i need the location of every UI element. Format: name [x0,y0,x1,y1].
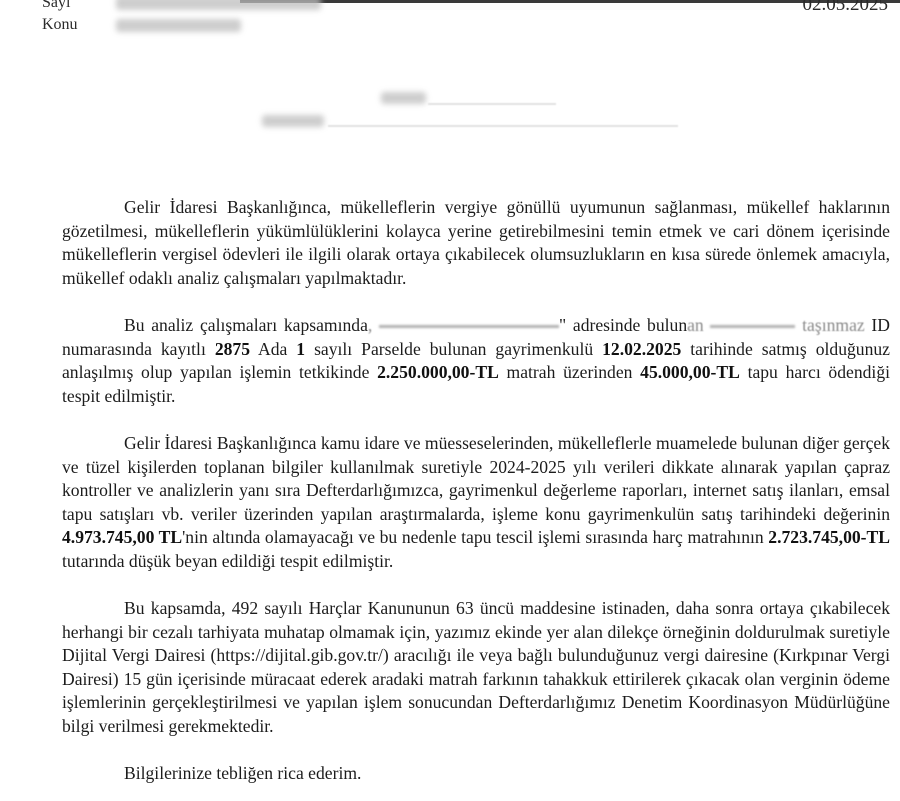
konu-row: Konu [42,16,241,34]
letter-body: Gelir İdaresi Başkanlığınca, mükellefler… [62,196,890,786]
redacted-recipient-address-line [262,115,324,127]
sayi-row: Sayı [42,0,321,12]
ada-number: 2875 [215,339,250,359]
paragraph-intro: Gelir İdaresi Başkanlığınca, mükellefler… [62,196,890,290]
address-underline [428,103,556,105]
redacted-address [379,325,559,328]
closing-line: Bilgilerinize tebliğen rica ederim. [62,762,890,786]
sayi-label: Sayı [42,0,106,12]
address-underline [328,125,678,127]
redacted-property-type [710,325,795,328]
document-date: 02.05.2025 [803,0,889,16]
paragraph-analysis: Gelir İdaresi Başkanlığınca kamu idare v… [62,432,890,574]
parsel-number: 1 [296,339,305,359]
assessed-value: 4.973.745,00 TL [62,527,182,547]
sale-date: 12.02.2025 [602,339,681,359]
redacted-sayi-value [116,0,321,10]
paragraph-transaction: Bu analiz çalışmaları kapsamında, " adre… [62,314,890,408]
under-declared-amount: 2.723.745,00-TL [768,527,890,547]
redacted-comma: , [368,315,372,335]
konu-label: Konu [42,16,106,34]
deed-fee-amount: 45.000,00-TL [640,362,740,382]
declared-base-amount: 2.250.000,00-TL [377,362,499,382]
redacted-konu-value [116,19,241,32]
top-border-rule [240,0,900,3]
redacted-recipient-name [381,92,426,104]
redacted-fragment: an [687,315,704,335]
paragraph-instructions: Bu kapsamda, 492 sayılı Harçlar Kanununu… [62,597,890,739]
